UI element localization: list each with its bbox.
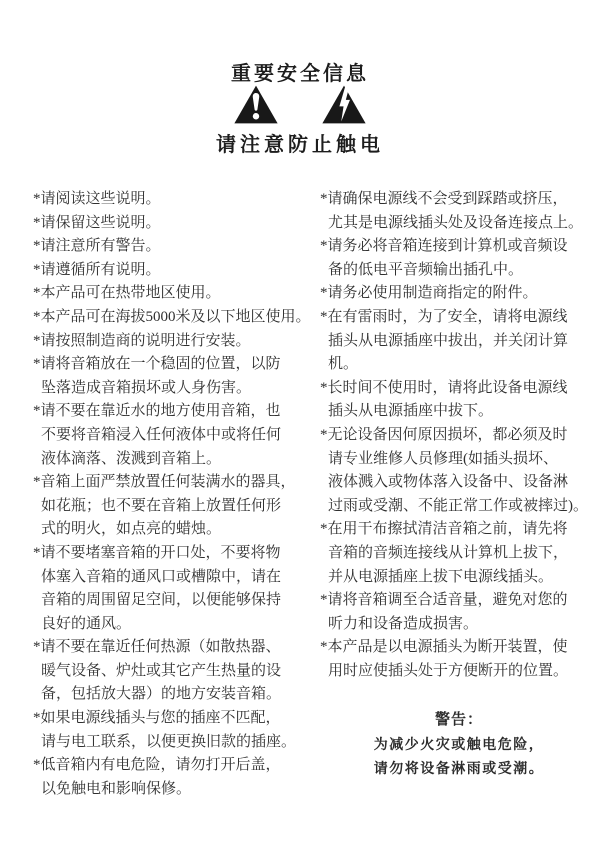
- safety-instruction: *请确保电源线不会受到踩踏或挤压， 尤其是电源线插头处及设备连接点上。: [320, 188, 598, 235]
- safety-instruction: *低音箱内有电危险，请勿打开后盖， 以免触电和影响保修。: [33, 754, 311, 801]
- instructions-left-column: *请阅读这些说明。 *请保留这些说明。 *请注意所有警告。 *请遵循所有说明。 …: [33, 188, 311, 801]
- safety-instruction: *在有雷雨时，为了安全，请将电源线 插头从电源插座中拔出，并关闭计算 机。: [320, 306, 598, 377]
- exclamation-triangle-icon: [233, 84, 279, 125]
- warning-box: 警告： 为减少火灾或触电危险， 请勿将设备淋雨或受潮。: [320, 708, 598, 780]
- safety-instruction: *请阅读这些说明。: [33, 188, 311, 212]
- safety-instruction: *本产品可在热带地区使用。: [33, 282, 311, 306]
- warning-heading: 警告：: [320, 708, 598, 732]
- safety-instruction: *请务必使用制造商指定的附件。: [320, 282, 598, 306]
- safety-instruction: *请不要在靠近任何热源（如散热器、 暖气设备、炉灶或其它产生热量的设 备，包括放…: [33, 636, 311, 707]
- page-subtitle: 请注意防止触电: [0, 128, 600, 157]
- safety-instruction: *如果电源线插头与您的插座不匹配， 请与电工联系，以便更换旧款的插座。: [33, 707, 311, 754]
- safety-instruction: *请遵循所有说明。: [33, 259, 311, 283]
- warning-line: 为减少火灾或触电危险，: [320, 732, 598, 756]
- safety-instruction: *本产品可在海拔5000米及以下地区使用。: [33, 306, 311, 330]
- page-title: 重要安全信息: [0, 57, 600, 86]
- warning-icons-row: [0, 84, 600, 125]
- safety-instruction: *在用干布擦拭清洁音箱之前，请先将 音箱的音频连接线从计算机上拔下， 并从电源插…: [320, 518, 598, 589]
- safety-instruction: *长时间不使用时，请将此设备电源线 插头从电源插座中拔下。: [320, 377, 598, 424]
- safety-instruction: *本产品是以电源插头为断开装置，使 用时应使插头处于方便断开的位置。: [320, 636, 598, 683]
- safety-information-page: 重要安全信息 请注意防止触电 *请阅读这些说明。 *请保留这些说明。 *请注意所…: [0, 0, 600, 843]
- safety-instruction: *请保留这些说明。: [33, 212, 311, 236]
- safety-instruction: *音箱上面严禁放置任何装满水的器具， 如花瓶；也不要在音箱上放置任何形 式的明火…: [33, 471, 311, 542]
- safety-instruction: *请不要堵塞音箱的开口处，不要将物 体塞入音箱的通风口或槽隙中，请在 音箱的周围…: [33, 542, 311, 636]
- warning-line: 请勿将设备淋雨或受潮。: [320, 756, 598, 780]
- lightning-triangle-icon: [321, 84, 367, 125]
- safety-instruction: *请不要在靠近水的地方使用音箱，也 不要将音箱浸入任何液体中或将任何 液体滴落、…: [33, 400, 311, 471]
- safety-instruction: *请注意所有警告。: [33, 235, 311, 259]
- safety-instruction: *请按照制造商的说明进行安装。: [33, 330, 311, 354]
- instructions-right-column: *请确保电源线不会受到踩踏或挤压， 尤其是电源线插头处及设备连接点上。 *请务必…: [320, 188, 598, 780]
- safety-instruction: *请将音箱放在一个稳固的位置，以防 坠落造成音箱损坏或人身伤害。: [33, 353, 311, 400]
- safety-instruction: *请将音箱调至合适音量，避免对您的 听力和设备造成损害。: [320, 589, 598, 636]
- safety-instruction: *请务必将音箱连接到计算机或音频设 备的低电平音频输出插孔中。: [320, 235, 598, 282]
- safety-instruction: *无论设备因何原因损坏，都必须及时 请专业维修人员修理(如插头损坏、 液体溅入或…: [320, 424, 598, 518]
